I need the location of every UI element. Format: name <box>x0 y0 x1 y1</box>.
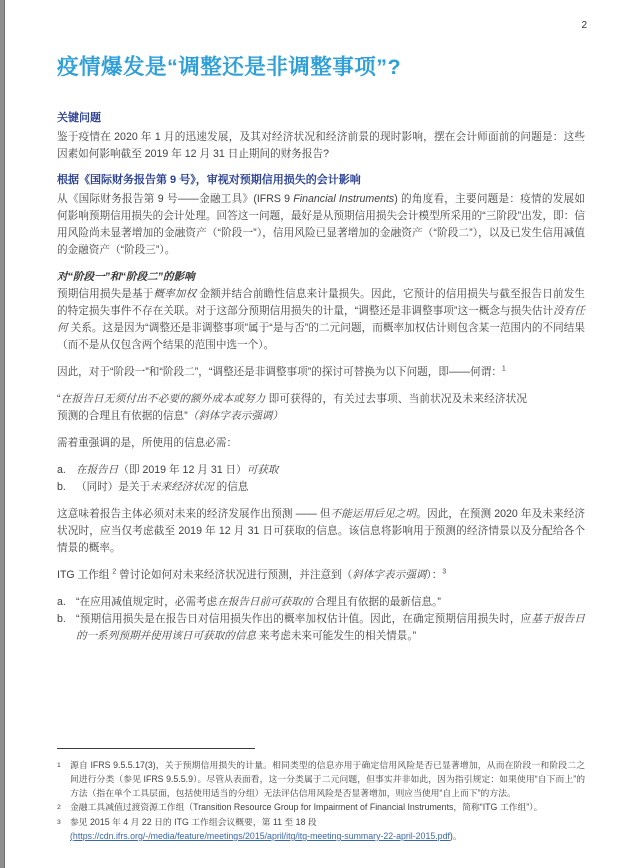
page-title: 疫情爆发是“调整还是非调整事项”? <box>57 52 585 82</box>
para-ifrs9-intro: 从《国际财务报告第 9 号——金融工具》(IFRS 9 Financial In… <box>57 191 585 259</box>
footnote-text: 源自 IFRS 9.5.5.17(3)，关于预期信用损失的计量。相同类型的信息亦… <box>70 758 585 800</box>
footnote-3: 3 参见 2015 年 4 月 22 日的 ITG 工作组会议概要，第 11 至… <box>57 815 585 843</box>
blockquote-ifrs-definition: “在报告日无须付出不必要的额外成本或努力 即可获得的，有关过去事项、当前状况及未… <box>57 391 527 425</box>
page-edge-shadow <box>0 0 5 868</box>
footnote-divider <box>57 748 255 749</box>
heading-key-question: 关键问题 <box>57 111 585 126</box>
para-key-question: 鉴于疫情在 2020 年 1 月的迅速发展，及其对经济状况和经济前景的现时影响，… <box>57 129 585 163</box>
list-item-label: b. <box>57 479 76 496</box>
document-page: 疫情爆发是“调整还是非调整事项”? 关键问题 鉴于疫情在 2020 年 1 月的… <box>57 0 585 655</box>
para-itg-discussion: ITG 工作组 2 曾讨论如何对未来经济状况进行预测，并注意到（斜体字表示强调）… <box>57 567 585 584</box>
list-item-text: 在报告日（即 2019 年 12 月 31 日）可获取 <box>76 462 585 479</box>
list-item-text: （同时）是关于未来经济状况 的信息 <box>76 479 585 496</box>
list-itg-notes: a. “在应用减值规定时，必需考虑在报告日前可获取的 合理且有依据的最新信息。”… <box>57 594 585 645</box>
footnote-text: 参见 2015 年 4 月 22 日的 ITG 工作组会议概要，第 11 至 1… <box>70 815 585 843</box>
footnote-number: 2 <box>57 800 70 815</box>
list-item-label: a. <box>57 462 76 479</box>
list-item-label: b. <box>57 611 76 645</box>
list-item-label: a. <box>57 594 76 611</box>
para-ecl-measurement: 预期信用损失是基于概率加权 金额并结合前瞻性信息来计量损失。因此，它预计的信用损… <box>57 286 585 354</box>
list-item: b. “预期信用损失是在报告日对信用损失作出的概率加权估计值。因此，在确定预期信… <box>57 611 585 645</box>
subheading-stage-impact: 对“阶段一”和“阶段二”的影响 <box>57 269 585 286</box>
footnote-text: 金融工具减值过渡资源工作组（Transition Resource Group … <box>70 800 585 815</box>
list-item-text: “预期信用损失是在报告日对信用损失作出的概率加权估计值。因此，在确定预期信用损失… <box>76 611 585 645</box>
list-item: a. “在应用减值规定时，必需考虑在报告日前可获取的 合理且有依据的最新信息。” <box>57 594 585 611</box>
para-stage-question: 因此，对于“阶段一”和“阶段二”，“调整还是非调整事项”的探讨可替换为以下问题，… <box>57 364 585 381</box>
footnote-number: 1 <box>57 758 70 800</box>
heading-ifrs9: 根据《国际财务报告第 9 号》，审视对预期信用损失的会计影响 <box>57 173 585 188</box>
footnote-number: 3 <box>57 815 70 843</box>
para-forecast: 这意味着报告主体必须对未来的经济发展作出预测 —— 但不能运用后见之明。因此，在… <box>57 506 585 557</box>
list-item: a. 在报告日（即 2019 年 12 月 31 日）可获取 <box>57 462 585 479</box>
para-info-requirements: 需着重强调的是，所使用的信息必需： <box>57 435 585 452</box>
list-item-text: “在应用减值规定时，必需考虑在报告日前可获取的 合理且有依据的最新信息。” <box>76 594 585 611</box>
list-item: b. （同时）是关于未来经济状况 的信息 <box>57 479 585 496</box>
footnote-2: 2 金融工具减值过渡资源工作组（Transition Resource Grou… <box>57 800 585 815</box>
footnote-1: 1 源自 IFRS 9.5.5.17(3)，关于预期信用损失的计量。相同类型的信… <box>57 758 585 800</box>
footnotes-section: 1 源自 IFRS 9.5.5.17(3)，关于预期信用损失的计量。相同类型的信… <box>57 748 585 843</box>
list-info-requirements: a. 在报告日（即 2019 年 12 月 31 日）可获取 b. （同时）是关… <box>57 462 585 496</box>
footnote-link[interactable]: (https://cdn.ifrs.org/-/media/feature/me… <box>70 831 450 841</box>
